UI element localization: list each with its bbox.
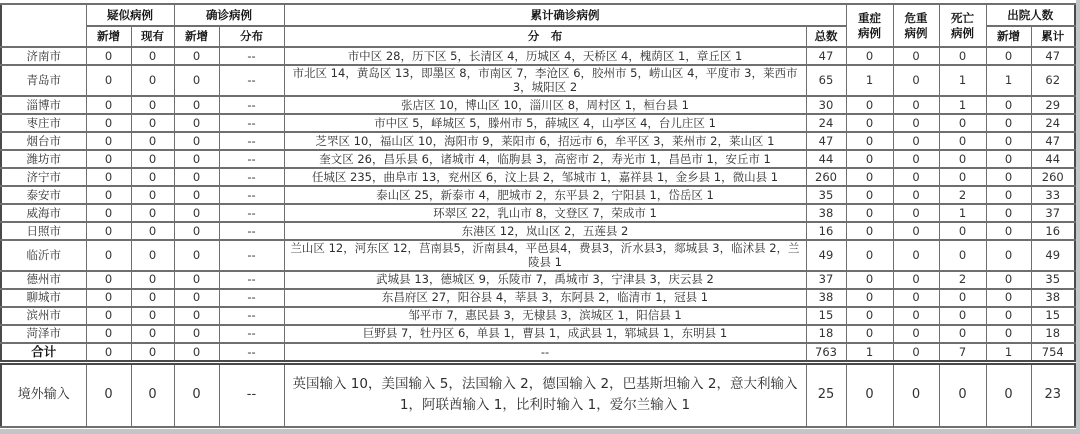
cell-total: 25 [806, 363, 846, 427]
cell-distribution: -- [284, 343, 806, 363]
cell-confirmed-new: 0 [174, 65, 219, 96]
cell-severe: 0 [846, 222, 893, 240]
cell-discharged-new: 0 [986, 325, 1031, 343]
cell-discharged-total: 29 [1031, 96, 1075, 114]
cell-distribution: 任城区 235，曲阜市 13，兖州区 6，汶上县 2，邹城市 1，嘉祥县 1，金… [284, 168, 806, 186]
table-row: 济南市000--市中区 28，历下区 5，长清区 4，历城区 4，天桥区 4，槐… [1, 47, 1075, 65]
cell-suspected-current: 0 [131, 47, 174, 65]
cell-suspected-current: 0 [131, 186, 174, 204]
table-row: 潍坊市000--奎文区 26，昌乐县 6，诸城市 4，临朐县 3，高密市 2，寿… [1, 150, 1075, 168]
header-confirmed-dist: 分布 [219, 26, 284, 47]
cell-discharged-new: 0 [986, 132, 1031, 150]
header-suspected-current: 现有 [131, 26, 174, 47]
cell-confirmed-dist: -- [219, 222, 284, 240]
table-row: 临沂市000--兰山区 12，河东区 12，莒南县5，沂南县4，平邑县4，费县3… [1, 240, 1075, 271]
header-cumulative-total: 总数 [806, 26, 846, 47]
cell-severe: 0 [846, 289, 893, 307]
table-row: 菏泽市000--巨野县 7，牡丹区 6，单县 1，曹县 1，成武县 1，郓城县 … [1, 325, 1075, 343]
table-row: 聊城市000--东昌府区 27，阳谷县 4，莘县 3，东阿县 2，临清市 1，冠… [1, 289, 1075, 307]
cell-city: 泰安市 [1, 186, 86, 204]
cell-discharged-new: 0 [986, 289, 1031, 307]
cell-discharged-total: 16 [1031, 222, 1075, 240]
cell-discharged-total: 35 [1031, 271, 1075, 289]
cell-total: 30 [806, 96, 846, 114]
cell-suspected-new: 0 [86, 47, 131, 65]
cell-severe: 0 [846, 47, 893, 65]
cell-discharged-total: 754 [1031, 343, 1075, 363]
cell-suspected-current: 0 [131, 271, 174, 289]
table-body: 济南市000--市中区 28，历下区 5，长清区 4，历城区 4，天桥区 4，槐… [1, 47, 1075, 427]
cell-confirmed-dist: -- [219, 132, 284, 150]
header-discharged: 出院人数 [986, 4, 1075, 26]
table-row: 威海市000--环翠区 22，乳山市 8，文登区 7，荣成市 138001037 [1, 204, 1075, 222]
cell-death: 0 [939, 150, 986, 168]
cell-suspected-new: 0 [86, 363, 131, 427]
cell-suspected-new: 0 [86, 65, 131, 96]
cell-confirmed-new: 0 [174, 325, 219, 343]
cell-confirmed-dist: -- [219, 114, 284, 132]
cell-confirmed-dist: -- [219, 150, 284, 168]
cell-severe: 1 [846, 343, 893, 363]
cell-distribution: 市中区 5，峄城区 5，滕州市 5，薛城区 4，山亭区 4，台儿庄区 1 [284, 114, 806, 132]
cell-severe: 0 [846, 150, 893, 168]
cell-total: 16 [806, 222, 846, 240]
cell-confirmed-dist: -- [219, 363, 284, 427]
cell-confirmed-new: 0 [174, 186, 219, 204]
cell-confirmed-new: 0 [174, 150, 219, 168]
cell-suspected-new: 0 [86, 150, 131, 168]
table-row: 滨州市000--邹平市 7，惠民县 3，无棣县 3，滨城区 1，阳信县 1150… [1, 307, 1075, 325]
cell-suspected-new: 0 [86, 168, 131, 186]
cell-severe: 0 [846, 307, 893, 325]
header-suspected-cases: 疑似病例 [86, 4, 174, 26]
cell-suspected-new: 0 [86, 222, 131, 240]
cell-severe: 0 [846, 132, 893, 150]
cell-confirmed-new: 0 [174, 289, 219, 307]
cell-confirmed-new: 0 [174, 307, 219, 325]
cell-suspected-new: 0 [86, 325, 131, 343]
cell-suspected-new: 0 [86, 96, 131, 114]
cell-severe: 0 [846, 96, 893, 114]
cell-severe: 1 [846, 65, 893, 96]
table-row: 青岛市000--市北区 14，黄岛区 13，即墨区 8，市南区 7，李沧区 6，… [1, 65, 1075, 96]
cell-city: 临沂市 [1, 240, 86, 271]
header-suspected-new: 新增 [86, 26, 131, 47]
cell-total: 15 [806, 307, 846, 325]
cell-suspected-current: 0 [131, 132, 174, 150]
cell-city: 境外输入 [1, 363, 86, 427]
cell-distribution: 武城县 13，德城区 9，乐陵市 7，禹城市 3，宁津县 3，庆云县 2 [284, 271, 806, 289]
cell-death: 7 [939, 343, 986, 363]
cell-discharged-total: 49 [1031, 240, 1075, 271]
cell-city: 济南市 [1, 47, 86, 65]
header-severe-cases: 重症 病例 [846, 4, 893, 47]
cell-city: 枣庄市 [1, 114, 86, 132]
cell-critical: 0 [893, 325, 939, 343]
table-row: 德州市000--武城县 13，德城区 9，乐陵市 7，禹城市 3，宁津县 3，庆… [1, 271, 1075, 289]
cell-death: 0 [939, 363, 986, 427]
header-confirmed-cases: 确诊病例 [174, 4, 284, 26]
cell-critical: 0 [893, 65, 939, 96]
table-row: 淄博市000--张店区 10，博山区 10，淄川区 8，周村区 1，桓台县 13… [1, 96, 1075, 114]
cell-total: 47 [806, 47, 846, 65]
cell-total: 24 [806, 114, 846, 132]
cell-severe: 0 [846, 186, 893, 204]
cell-discharged-total: 62 [1031, 65, 1075, 96]
cell-city: 合计 [1, 343, 86, 363]
header-cumulative-confirmed: 累计确诊病例 [284, 4, 846, 26]
cell-discharged-new: 1 [986, 343, 1031, 363]
cell-discharged-new: 0 [986, 47, 1031, 65]
header-critical-cases: 危重 病例 [893, 4, 939, 47]
cell-discharged-total: 24 [1031, 114, 1075, 132]
cell-death: 0 [939, 307, 986, 325]
cell-discharged-new: 0 [986, 96, 1031, 114]
header-death-cases: 死亡 病例 [939, 4, 986, 47]
cell-discharged-new: 0 [986, 168, 1031, 186]
cell-city: 淄博市 [1, 96, 86, 114]
cell-suspected-current: 0 [131, 222, 174, 240]
cell-confirmed-new: 0 [174, 204, 219, 222]
cell-suspected-current: 0 [131, 114, 174, 132]
cell-suspected-new: 0 [86, 240, 131, 271]
cell-distribution: 邹平市 7，惠民县 3，无棣县 3，滨城区 1，阳信县 1 [284, 307, 806, 325]
cell-confirmed-dist: -- [219, 289, 284, 307]
cell-critical: 0 [893, 150, 939, 168]
cell-death: 0 [939, 240, 986, 271]
cell-death: 0 [939, 325, 986, 343]
cell-critical: 0 [893, 47, 939, 65]
cell-confirmed-dist: -- [219, 240, 284, 271]
table-row: 烟台市000--芝罘区 10，福山区 10，海阳市 9，莱阳市 6，招远市 6，… [1, 132, 1075, 150]
cell-death: 1 [939, 65, 986, 96]
cell-discharged-total: 38 [1031, 289, 1075, 307]
cell-distribution: 市中区 28，历下区 5，长清区 4，历城区 4，天桥区 4，槐荫区 1，章丘区… [284, 47, 806, 65]
cell-suspected-current: 0 [131, 204, 174, 222]
cell-discharged-total: 44 [1031, 150, 1075, 168]
cell-suspected-current: 0 [131, 240, 174, 271]
cell-suspected-current: 0 [131, 325, 174, 343]
cell-discharged-total: 15 [1031, 307, 1075, 325]
cell-distribution: 东昌府区 27，阳谷县 4，莘县 3，东阿县 2，临清市 1，冠县 1 [284, 289, 806, 307]
cell-critical: 0 [893, 363, 939, 427]
cell-discharged-new: 0 [986, 186, 1031, 204]
cell-critical: 0 [893, 271, 939, 289]
cell-discharged-new: 0 [986, 114, 1031, 132]
cell-discharged-new: 1 [986, 65, 1031, 96]
cell-suspected-new: 0 [86, 271, 131, 289]
cell-distribution: 泰山区 25，新泰市 4，肥城市 2，东平县 2，宁阳县 1，岱岳区 1 [284, 186, 806, 204]
cell-confirmed-dist: -- [219, 204, 284, 222]
table-sheet: 疑似病例 确诊病例 累计确诊病例 重症 病例 危重 病例 死亡 病例 出院人数 … [0, 0, 1076, 429]
cell-distribution: 张店区 10，博山区 10，淄川区 8，周村区 1，桓台县 1 [284, 96, 806, 114]
cell-total: 38 [806, 289, 846, 307]
cell-confirmed-new: 0 [174, 96, 219, 114]
cell-confirmed-new: 0 [174, 114, 219, 132]
cell-confirmed-dist: -- [219, 65, 284, 96]
cell-distribution: 环翠区 22，乳山市 8，文登区 7，荣成市 1 [284, 204, 806, 222]
cell-city: 潍坊市 [1, 150, 86, 168]
cell-discharged-new: 0 [986, 240, 1031, 271]
cell-distribution: 芝罘区 10，福山区 10，海阳市 9，莱阳市 6，招远市 6，牟平区 3，莱州… [284, 132, 806, 150]
cell-discharged-total: 47 [1031, 132, 1075, 150]
cell-critical: 0 [893, 307, 939, 325]
cell-critical: 0 [893, 204, 939, 222]
cell-confirmed-new: 0 [174, 363, 219, 427]
table-header: 疑似病例 确诊病例 累计确诊病例 重症 病例 危重 病例 死亡 病例 出院人数 … [1, 4, 1075, 47]
cell-total: 65 [806, 65, 846, 96]
cell-critical: 0 [893, 132, 939, 150]
cell-discharged-total: 18 [1031, 325, 1075, 343]
cell-death: 0 [939, 114, 986, 132]
cell-critical: 0 [893, 186, 939, 204]
cell-city: 青岛市 [1, 65, 86, 96]
cell-confirmed-new: 0 [174, 168, 219, 186]
cell-suspected-new: 0 [86, 307, 131, 325]
header-discharged-total: 累计 [1031, 26, 1075, 47]
cell-distribution: 东港区 12，岚山区 2，五莲县 2 [284, 222, 806, 240]
cell-distribution: 奎文区 26，昌乐县 6，诸城市 4，临朐县 3，高密市 2，寿光市 1，昌邑市… [284, 150, 806, 168]
cell-death: 2 [939, 186, 986, 204]
cell-confirmed-dist: -- [219, 186, 284, 204]
header-confirmed-new: 新增 [174, 26, 219, 47]
cell-critical: 0 [893, 289, 939, 307]
header-discharged-new: 新增 [986, 26, 1031, 47]
cell-discharged-total: 47 [1031, 47, 1075, 65]
cell-suspected-new: 0 [86, 204, 131, 222]
header-cumulative-dist: 分 布 [284, 26, 806, 47]
table-row: 泰安市000--泰山区 25，新泰市 4，肥城市 2，东平县 2，宁阳县 1，岱… [1, 186, 1075, 204]
cell-death: 2 [939, 271, 986, 289]
cell-discharged-total: 33 [1031, 186, 1075, 204]
cell-distribution: 巨野县 7，牡丹区 6，单县 1，曹县 1，成武县 1，郓城县 1，东明县 1 [284, 325, 806, 343]
cell-confirmed-dist: -- [219, 271, 284, 289]
cell-critical: 0 [893, 96, 939, 114]
table-row: 枣庄市000--市中区 5，峄城区 5，滕州市 5，薛城区 4，山亭区 4，台儿… [1, 114, 1075, 132]
cell-confirmed-new: 0 [174, 47, 219, 65]
cell-total: 18 [806, 325, 846, 343]
cell-suspected-new: 0 [86, 186, 131, 204]
cell-confirmed-dist: -- [219, 168, 284, 186]
cell-confirmed-new: 0 [174, 343, 219, 363]
epidemic-stats-table: 疑似病例 确诊病例 累计确诊病例 重症 病例 危重 病例 死亡 病例 出院人数 … [0, 3, 1076, 428]
cell-suspected-new: 0 [86, 114, 131, 132]
cell-confirmed-dist: -- [219, 96, 284, 114]
cell-total: 37 [806, 271, 846, 289]
cell-severe: 0 [846, 114, 893, 132]
cell-critical: 0 [893, 114, 939, 132]
table-row: 日照市000--东港区 12，岚山区 2，五莲县 216000016 [1, 222, 1075, 240]
cell-discharged-new: 0 [986, 271, 1031, 289]
cell-discharged-new: 0 [986, 363, 1031, 427]
cell-confirmed-new: 0 [174, 240, 219, 271]
cell-suspected-current: 0 [131, 363, 174, 427]
table-row: 济宁市000--任城区 235，曲阜市 13，兖州区 6，汶上县 2，邹城市 1… [1, 168, 1075, 186]
cell-suspected-current: 0 [131, 96, 174, 114]
cell-total: 35 [806, 186, 846, 204]
cell-suspected-current: 0 [131, 150, 174, 168]
header-city [1, 4, 86, 47]
cell-severe: 0 [846, 168, 893, 186]
cell-suspected-new: 0 [86, 132, 131, 150]
cell-suspected-current: 0 [131, 307, 174, 325]
cell-confirmed-new: 0 [174, 271, 219, 289]
cell-discharged-new: 0 [986, 204, 1031, 222]
cell-distribution: 市北区 14，黄岛区 13，即墨区 8，市南区 7，李沧区 6，胶州市 5，崂山… [284, 65, 806, 96]
cell-total: 260 [806, 168, 846, 186]
cell-distribution: 英国输入 10，美国输入 5，法国输入 2，德国输入 2，巴基斯坦输入 2，意大… [284, 363, 806, 427]
cell-confirmed-dist: -- [219, 47, 284, 65]
cell-severe: 0 [846, 325, 893, 343]
cell-severe: 0 [846, 240, 893, 271]
cell-city: 日照市 [1, 222, 86, 240]
cell-total: 49 [806, 240, 846, 271]
cell-severe: 0 [846, 271, 893, 289]
cell-total: 38 [806, 204, 846, 222]
cell-suspected-current: 0 [131, 168, 174, 186]
cell-city: 烟台市 [1, 132, 86, 150]
header-row-1: 疑似病例 确诊病例 累计确诊病例 重症 病例 危重 病例 死亡 病例 出院人数 [1, 4, 1075, 26]
cell-city: 菏泽市 [1, 325, 86, 343]
cell-death: 0 [939, 289, 986, 307]
cell-suspected-current: 0 [131, 289, 174, 307]
cell-city: 滨州市 [1, 307, 86, 325]
cell-total: 44 [806, 150, 846, 168]
cell-critical: 0 [893, 343, 939, 363]
cell-death: 0 [939, 168, 986, 186]
cell-confirmed-new: 0 [174, 222, 219, 240]
cell-discharged-total: 37 [1031, 204, 1075, 222]
cell-suspected-current: 0 [131, 343, 174, 363]
cell-distribution: 兰山区 12，河东区 12，莒南县5，沂南县4，平邑县4，费县3，沂水县3，郯城… [284, 240, 806, 271]
cell-severe: 0 [846, 204, 893, 222]
cell-confirmed-dist: -- [219, 343, 284, 363]
cell-discharged-total: 23 [1031, 363, 1075, 427]
cell-city: 济宁市 [1, 168, 86, 186]
cell-suspected-new: 0 [86, 289, 131, 307]
cell-death: 1 [939, 96, 986, 114]
cell-city: 德州市 [1, 271, 86, 289]
cell-critical: 0 [893, 240, 939, 271]
screenshot-stage: 疑似病例 确诊病例 累计确诊病例 重症 病例 危重 病例 死亡 病例 出院人数 … [0, 0, 1080, 434]
cell-confirmed-new: 0 [174, 132, 219, 150]
table-row-total: 合计000----7631071754 [1, 343, 1075, 363]
cell-total: 763 [806, 343, 846, 363]
cell-death: 0 [939, 47, 986, 65]
table-row-import: 境外输入000--英国输入 10，美国输入 5，法国输入 2，德国输入 2，巴基… [1, 363, 1075, 427]
cell-critical: 0 [893, 222, 939, 240]
cell-death: 1 [939, 204, 986, 222]
cell-discharged-new: 0 [986, 307, 1031, 325]
cell-city: 聊城市 [1, 289, 86, 307]
cell-death: 0 [939, 132, 986, 150]
cell-suspected-new: 0 [86, 343, 131, 363]
cell-discharged-new: 0 [986, 150, 1031, 168]
cell-confirmed-dist: -- [219, 307, 284, 325]
cell-total: 47 [806, 132, 846, 150]
cell-critical: 0 [893, 168, 939, 186]
cell-suspected-current: 0 [131, 65, 174, 96]
cell-confirmed-dist: -- [219, 325, 284, 343]
cell-death: 0 [939, 222, 986, 240]
cell-severe: 0 [846, 363, 893, 427]
cell-discharged-new: 0 [986, 222, 1031, 240]
cell-discharged-total: 260 [1031, 168, 1075, 186]
cell-city: 威海市 [1, 204, 86, 222]
